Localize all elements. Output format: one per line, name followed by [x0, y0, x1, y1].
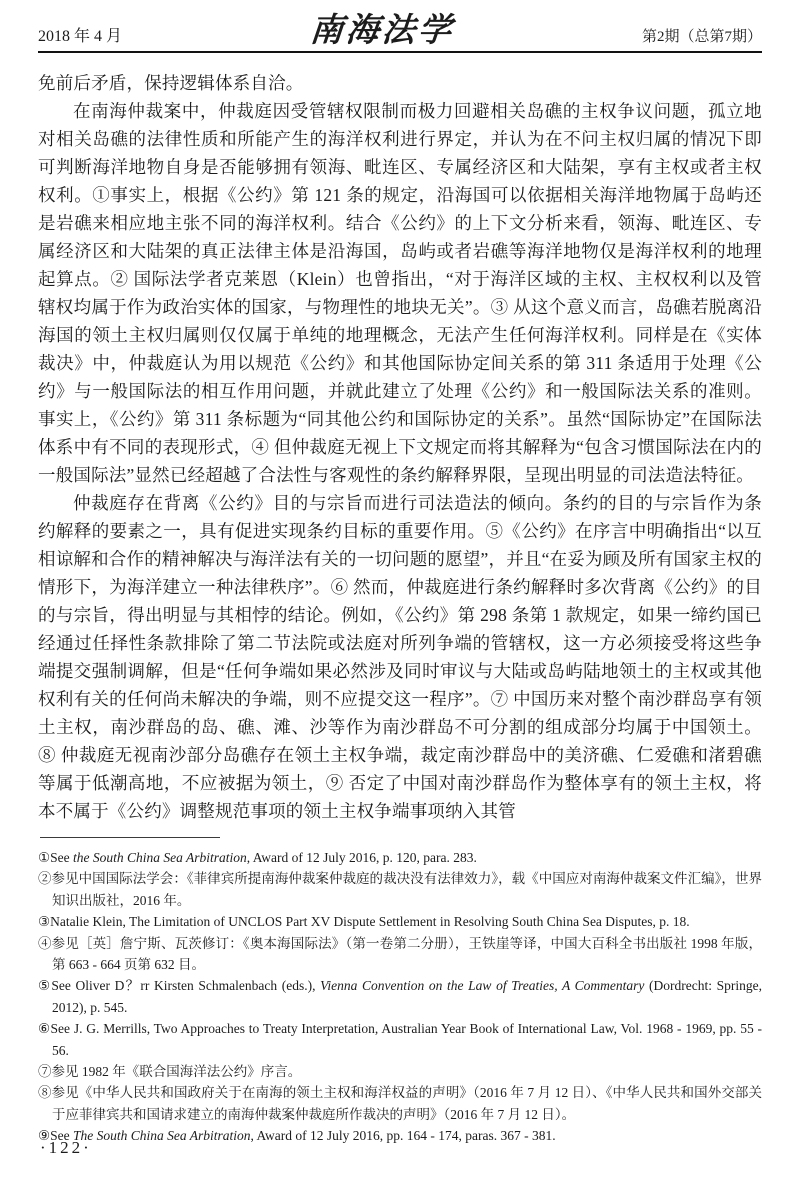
footnote-item: ⑤See Oliver D？rr Kirsten Schmalenbach (e…: [38, 975, 762, 1018]
body-paragraph: 仲裁庭存在背离《公约》目的与宗旨而进行司法造法的倾向。条约的目的与宗旨作为条约解…: [38, 489, 762, 825]
journal-page: 2018 年 4 月 南海法学 第2期（总第7期） 免前后矛盾，保持逻辑体系自洽…: [0, 0, 800, 1178]
footnote-text: , Award of 12 July 2016, pp. 164 - 174, …: [251, 1128, 556, 1143]
footnote-text: ③Natalie Klein, The Limitation of UNCLOS…: [38, 914, 690, 929]
footnote-item: ⑨See The South China Sea Arbitration, Aw…: [38, 1125, 762, 1146]
article-body: 免前后矛盾，保持逻辑体系自洽。在南海仲裁案中，仲裁庭因受管辖权限制而极力回避相关…: [38, 69, 762, 825]
footnotes: ①See the South China Sea Arbitration, Aw…: [38, 847, 762, 1147]
footnote-item: ①See the South China Sea Arbitration, Aw…: [38, 847, 762, 868]
footnote-separator: [40, 837, 220, 838]
footnote-item: ⑧参见《中华人民共和国政府关于在南海的领土主权和海洋权益的声明》（2016 年 …: [38, 1082, 762, 1125]
body-paragraph: 免前后矛盾，保持逻辑体系自洽。: [38, 69, 762, 97]
page-header: 2018 年 4 月 南海法学 第2期（总第7期）: [38, 0, 762, 48]
footnote-item: ②参见中国国际法学会：《菲律宾所提南海仲裁案仲裁庭的裁决没有法律效力》，载《中国…: [38, 868, 762, 911]
footnote-text: ④参见［英］詹宁斯、瓦茨修订：《奥本海国际法》（第一卷第二分册），王铁崖等译，中…: [38, 936, 762, 972]
footnote-item: ⑦参见 1982 年《联合国海洋法公约》序言。: [38, 1061, 762, 1082]
body-paragraph: 在南海仲裁案中，仲裁庭因受管辖权限制而极力回避相关岛礁的主权争议问题，孤立地对相…: [38, 97, 762, 489]
footnote-item: ④参见［英］詹宁斯、瓦茨修订：《奥本海国际法》（第一卷第二分册），王铁崖等译，中…: [38, 933, 762, 976]
footnote-text: ①See: [38, 850, 73, 865]
footnote-text: ⑦参见 1982 年《联合国海洋法公约》序言。: [38, 1064, 301, 1079]
footnote-title-italic: The South China Sea Arbitration: [73, 1128, 251, 1143]
footnote-text: ⑧参见《中华人民共和国政府关于在南海的领土主权和海洋权益的声明》（2016 年 …: [38, 1085, 762, 1121]
header-issue-number: 第2期（总第7期）: [642, 30, 762, 48]
footnote-text: ⑥See J. G. Merrills, Two Approaches to T…: [38, 1021, 762, 1057]
footnote-title-italic: the South China Sea Arbitration: [73, 850, 247, 865]
header-rule: [38, 51, 762, 53]
footnote-text: ②参见中国国际法学会：《菲律宾所提南海仲裁案仲裁庭的裁决没有法律效力》，载《中国…: [38, 871, 762, 907]
footnote-item: ⑥See J. G. Merrills, Two Approaches to T…: [38, 1018, 762, 1061]
footnote-title-italic: Vienna Convention on the Law of Treaties…: [320, 978, 644, 993]
footnote-text: ⑤See Oliver D？rr Kirsten Schmalenbach (e…: [38, 978, 320, 993]
page-number: ·122·: [40, 1138, 92, 1158]
header-date: 2018 年 4 月: [38, 29, 122, 48]
footnote-text: , Award of 12 July 2016, p. 120, para. 2…: [247, 850, 477, 865]
journal-title: 南海法学: [309, 15, 456, 48]
footnote-item: ③Natalie Klein, The Limitation of UNCLOS…: [38, 911, 762, 932]
